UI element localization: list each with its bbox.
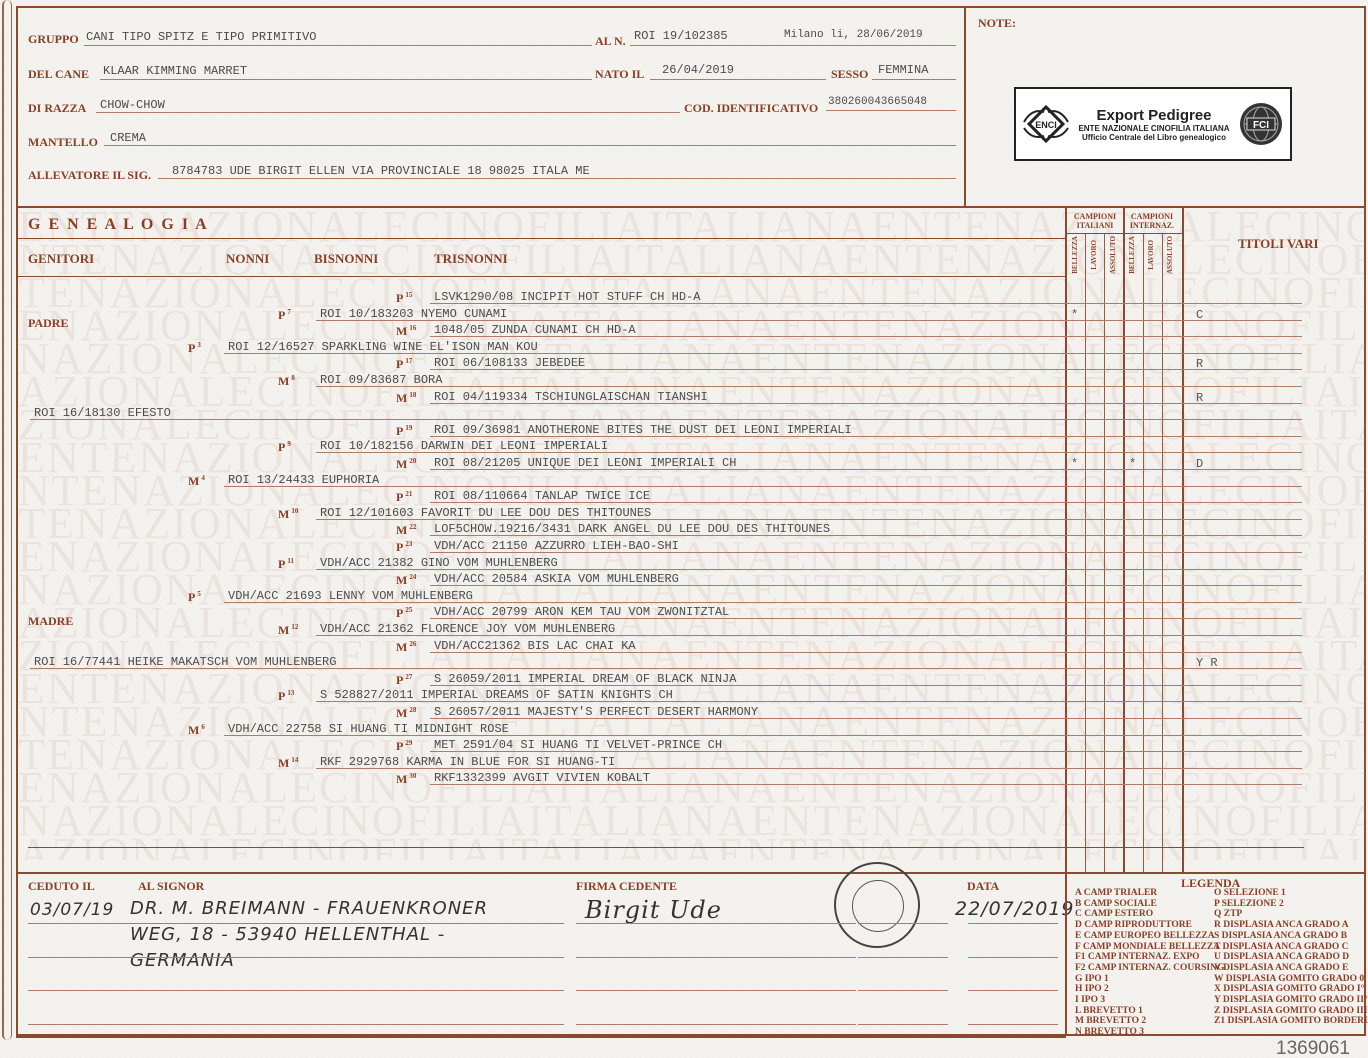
badge-line1: ENTE NAZIONALE CINOFILIA ITALIANA — [1078, 124, 1229, 133]
enci-logo-icon: ENCI — [1022, 100, 1070, 148]
underline — [28, 1024, 132, 1025]
legend-item: F2 CAMP INTERNAZ. COURSING — [1075, 963, 1224, 974]
row-line — [430, 369, 1302, 370]
underline — [28, 990, 132, 991]
ancestor-name: ROI 08/110664 TANLAP TWICE ICE — [434, 489, 650, 503]
parent-mark: M22 — [396, 523, 416, 538]
underline — [576, 990, 856, 991]
al-n-value: ROI 19/102385 — [634, 29, 728, 43]
int-assoluto-header: ASSOLUTO — [1166, 236, 1174, 274]
parent-mark: M8 — [278, 374, 295, 389]
ancestor-number: 11 — [287, 557, 294, 565]
underline — [576, 923, 856, 924]
ancestor-number: 26 — [409, 640, 416, 648]
header-divider — [964, 6, 966, 206]
underline — [28, 923, 132, 924]
ancestor-name: VDH/ACC21362 BIS LAC CHAI KA — [434, 639, 636, 653]
ancestor-name: 1048/05 ZUNDA CUNAMI CH HD-A — [434, 323, 636, 337]
row-line — [224, 735, 1302, 736]
underline — [650, 79, 826, 80]
divider — [16, 238, 1066, 239]
underline — [84, 45, 592, 46]
ancestor-name: ROI 09/83687 BORA — [320, 373, 442, 387]
parent-mark: M18 — [396, 391, 416, 406]
allevatore-label: ALLEVATORE IL SIG. — [28, 168, 151, 183]
row-line — [430, 585, 1302, 586]
grid-line — [1143, 234, 1144, 874]
row-line — [430, 403, 1302, 404]
new-owner-line1: DR. M. BREIMANN - FRAUENKRONER — [130, 898, 488, 919]
underline — [120, 957, 564, 958]
breeder-value: 8784783 UDE BIRGIT ELLEN VIA PROVINCIALE… — [172, 164, 590, 178]
grid-line — [1065, 208, 1067, 874]
row-line — [430, 436, 1302, 437]
titoli-vari-header: TITOLI VARI — [1238, 236, 1319, 252]
parent-mark: P5 — [188, 590, 201, 605]
legend-item: I IPO 3 — [1075, 995, 1224, 1006]
row-line — [430, 618, 1302, 619]
ancestor-number: 6 — [201, 723, 205, 731]
pedigree-document: ENTENAZIONALECINOFILIAITALIANAENTENAZION… — [0, 0, 1368, 1058]
ancestor-number: 17 — [405, 357, 412, 365]
madre-label: MADRE — [28, 614, 73, 629]
ancestor-number: 27 — [405, 673, 412, 681]
ancestor-name: VDH/ACC 21693 LENNY VOM MUHLENBERG — [228, 589, 473, 603]
dog-name-value: KLAAR KIMMING MARRET — [103, 64, 247, 78]
parent-mark: M24 — [396, 573, 416, 588]
note-label: NOTE: — [978, 16, 1016, 31]
it-bellezza-header: BELLEZZA — [1071, 236, 1079, 274]
ancestor-name: ROI 04/119334 TSCHIUNGLAISCHAN TIANSHI — [434, 390, 708, 404]
underline — [968, 923, 1058, 924]
parent-mark: P11 — [278, 557, 294, 572]
grid-line — [1085, 234, 1086, 874]
underline — [100, 79, 592, 80]
parent-mark: P29 — [396, 739, 412, 754]
ancestor-name: ROI 12/16527 SPARKLING WINE EL'ISON MAN … — [228, 340, 538, 354]
ancestor-name: VDH/ACC 20584 ASKIA VOM MUHLENBERG — [434, 572, 679, 586]
underline — [968, 1024, 1058, 1025]
titoli-value: R — [1196, 357, 1203, 371]
row-line — [430, 718, 1302, 719]
ancestor-number: 16 — [409, 324, 416, 332]
row-line — [316, 701, 1302, 702]
int-bellezza-header: BELLEZZA — [1128, 236, 1136, 274]
campioni-internaz-header: CAMPIONI INTERNAZ. — [1124, 212, 1180, 230]
mantello-label: MANTELLO — [28, 135, 98, 150]
row-line — [430, 652, 1302, 653]
col-bisnonni: BISNONNI — [314, 251, 378, 267]
parent-mark: P23 — [396, 540, 412, 555]
row-line — [430, 552, 1302, 553]
parent-mark: P21 — [396, 490, 412, 505]
del-cane-label: DEL CANE — [28, 67, 89, 82]
divider — [16, 872, 1366, 874]
padre-label: PADRE — [28, 316, 68, 331]
badge-title: Export Pedigree — [1078, 107, 1229, 124]
legend-item: R DISPLASIA ANCA GRADO A — [1214, 920, 1368, 931]
ancestor-number: 3 — [197, 341, 201, 349]
row-line — [316, 768, 1302, 769]
row-line — [316, 386, 1302, 387]
ceduto-label: CEDUTO IL — [28, 879, 95, 894]
legend-item: V DISPLASIA ANCA GRADO E — [1214, 963, 1368, 974]
titoli-value: C — [1196, 308, 1203, 322]
legend-item: A CAMP TRIALER — [1075, 888, 1224, 899]
ancestor-number: 8 — [291, 374, 295, 382]
parent-mark: P9 — [278, 440, 291, 455]
legend-item: N BREVETTO 3 — [1075, 1027, 1224, 1038]
row-line — [224, 353, 1302, 354]
ancestor-name: LOF5CHOW.19216/3431 DARK ANGEL DU LEE DO… — [434, 522, 830, 536]
transfer-registration-date: 22/07/2019 — [955, 898, 1075, 920]
grid-line — [1182, 208, 1184, 874]
ancestor-name: LSVK1290/08 INCIPIT HOT STUFF CH HD-A — [434, 290, 700, 304]
legend-item: B CAMP SOCIALE — [1075, 899, 1224, 910]
underline — [858, 1024, 948, 1025]
divider — [16, 1036, 1066, 1038]
decorative-border — [2, 0, 12, 1040]
grid-line — [1162, 234, 1163, 874]
ancestor-name: ROI 13/24433 EUPHORIA — [228, 473, 379, 487]
it-bellezza-mark: * — [1071, 457, 1078, 471]
underline — [96, 112, 680, 113]
legend-item: Z DISPLASIA GOMITO GRADO III° — [1214, 1006, 1368, 1017]
col-trisnonni: TRISNONNI — [434, 251, 508, 267]
underline — [576, 957, 856, 958]
place-date: Milano li, 28/06/2019 — [784, 29, 923, 41]
row-line — [430, 535, 1302, 536]
parent-mark: M14 — [278, 756, 298, 771]
underline — [120, 990, 564, 991]
parent-mark: P13 — [278, 689, 294, 704]
export-pedigree-stamp: ENCI Export Pedigree ENTE NAZIONALE CINO… — [1014, 87, 1292, 161]
underline — [158, 178, 956, 179]
parent-mark: M10 — [278, 507, 298, 522]
ancestor-number: 23 — [405, 540, 412, 548]
campioni-italiani-header: CAMPIONI ITALIANI — [1068, 212, 1122, 230]
ancestor-name: S 26057/2011 MAJESTY'S PERFECT DESERT HA… — [434, 705, 758, 719]
grid-line — [1065, 872, 1067, 1036]
row-line — [316, 452, 1302, 453]
legend-item: P SELEZIONE 2 — [1214, 899, 1368, 910]
new-owner-line3: GERMANIA — [130, 950, 235, 971]
row-line — [430, 751, 1302, 752]
legend-item: C CAMP ESTERO — [1075, 909, 1224, 920]
legend-item: O SELEZIONE 1 — [1214, 888, 1368, 899]
parent-mark: P7 — [278, 308, 291, 323]
underline — [104, 145, 956, 146]
legend-item: Q ZTP — [1214, 909, 1368, 920]
ancestor-name: VDH/ACC 21362 FLORENCE JOY VOM MUHLENBER… — [320, 622, 615, 636]
underline — [576, 1024, 856, 1025]
it-lavoro-header: LAVORO — [1090, 240, 1098, 270]
legend-item: T DISPLASIA ANCA GRADO C — [1214, 942, 1368, 953]
legend-item: H IPO 2 — [1075, 984, 1224, 995]
underline — [968, 957, 1058, 958]
ancestor-name: S 26059/2011 IMPERIAL DREAM OF BLACK NIN… — [434, 672, 736, 686]
underline — [858, 957, 948, 958]
int-bellezza-mark: * — [1129, 457, 1136, 471]
parent-mark: M30 — [396, 772, 416, 787]
ancestor-name: VDH/ACC 21150 AZZURRO LIEH-BAO-SHI — [434, 539, 679, 553]
legend-item: F CAMP MONDIALE BELLEZZA — [1075, 942, 1224, 953]
it-assoluto-header: ASSOLUTO — [1109, 236, 1117, 274]
firma-label: FIRMA CEDENTE — [576, 879, 677, 894]
fci-globe-icon: FCI — [1238, 101, 1284, 147]
ancestor-name: ROI 10/183203 NYEMO CUNAMI — [320, 307, 507, 321]
ancestor-number: 30 — [409, 772, 416, 780]
ancestor-number: 5 — [197, 590, 201, 598]
delegation-stamp — [834, 862, 920, 948]
microchip-value: 380260043665048 — [828, 96, 927, 108]
ancestor-number: 9 — [287, 440, 291, 448]
badge-line2: Ufficio Centrale del Libro genealogico — [1078, 133, 1229, 142]
sex-value: FEMMINA — [878, 63, 928, 77]
underline — [28, 957, 132, 958]
underline — [968, 990, 1058, 991]
legend-item: Z1 DISPLASIA GOMITO BORDERLINE — [1214, 1016, 1368, 1027]
parent-mark: M26 — [396, 640, 416, 655]
ancestor-number: 15 — [405, 291, 412, 299]
titoli-value: R — [1196, 391, 1203, 405]
ancestor-name: VDH/ACC 20799 ARON KEM TAU VOM ZWONITZTA… — [434, 605, 729, 619]
ancestor-number: 25 — [405, 606, 412, 614]
divider — [28, 847, 1304, 848]
divider — [16, 276, 1066, 277]
ancestor-name: VDH/ACC 21382 GINO VOM MUHLENBERG — [320, 556, 558, 570]
it-bellezza-mark: * — [1071, 308, 1078, 322]
row-line — [224, 486, 1302, 487]
nato-il-label: NATO IL — [595, 67, 644, 82]
ancestor-name: VDH/ACC 22758 SI HUANG TI MIDNIGHT ROSE — [228, 722, 509, 736]
row-line — [430, 303, 1302, 304]
underline — [120, 923, 564, 924]
ancestor-name: RKF1332399 AVGIT VIVIEN KOBALT — [434, 771, 650, 785]
ancestor-number: 10 — [291, 507, 298, 515]
sesso-label: SESSO — [831, 67, 868, 82]
legend-item: L BREVETTO 1 — [1075, 1006, 1224, 1017]
serial-number: 1369061 — [1276, 1038, 1350, 1058]
legenda-left: A CAMP TRIALERB CAMP SOCIALEC CAMP ESTER… — [1075, 888, 1224, 1038]
legend-item: F1 CAMP INTERNAZ. EXPO — [1075, 952, 1224, 963]
underline — [872, 79, 956, 80]
ancestor-name: S 528827/2011 IMPERIAL DREAMS OF SATIN K… — [320, 688, 673, 702]
ancestor-name: ROI 16/77441 HEIKE MAKATSCH VOM MUHLENBE… — [34, 655, 336, 669]
ancestor-name: MET 2591/04 SI HUANG TI VELVET-PRINCE CH — [434, 738, 722, 752]
divider — [16, 206, 1366, 208]
underline — [826, 110, 956, 111]
ancestor-name: RKF 2929768 KARMA IN BLUE FOR SI HUANG-T… — [320, 755, 615, 769]
parent-mark: M4 — [188, 474, 205, 489]
row-line — [430, 685, 1302, 686]
breed-value: CHOW-CHOW — [100, 98, 165, 112]
titoli-value: D — [1196, 457, 1203, 471]
gruppo-value: CANI TIPO SPITZ E TIPO PRIMITIVO — [86, 30, 316, 44]
gruppo-label: GRUPPO — [28, 32, 79, 47]
parent-mark: M12 — [278, 623, 298, 638]
underline — [120, 1024, 564, 1025]
parent-mark: P17 — [396, 357, 412, 372]
row-line — [316, 569, 1302, 570]
parent-mark: M28 — [396, 706, 416, 721]
row-line — [430, 784, 1302, 785]
grid-line — [1123, 208, 1125, 874]
coat-value: CREMA — [110, 131, 146, 145]
parent-mark: P27 — [396, 673, 412, 688]
titoli-value: Y R — [1196, 656, 1218, 670]
row-line — [430, 502, 1302, 503]
row-line — [224, 602, 1302, 603]
ancestor-number: 12 — [291, 623, 298, 631]
ancestor-name: ROI 10/182156 DARWIN DEI LEONI IMPERIALI — [320, 439, 608, 453]
ancestor-number: 18 — [409, 391, 416, 399]
ancestor-number: 7 — [287, 308, 291, 316]
row-line — [430, 336, 1302, 337]
legend-item: D CAMP RIPRODUTTORE — [1075, 920, 1224, 931]
ancestor-number: 13 — [287, 689, 294, 697]
underline — [858, 990, 948, 991]
col-genitori: GENITORI — [28, 251, 94, 267]
ancestor-name: ROI 06/108133 JEBEDEE — [434, 356, 585, 370]
row-line — [30, 668, 1302, 669]
parent-mark: P19 — [396, 424, 412, 439]
ancestor-number: 28 — [409, 706, 416, 714]
parent-mark: P25 — [396, 606, 412, 621]
transfer-date-value: 03/07/19 — [30, 900, 114, 920]
cod-label: COD. IDENTIFICATIVO — [684, 101, 818, 116]
seller-signature: Birgit Ude — [585, 896, 722, 924]
row-line — [430, 469, 1302, 470]
ancestor-name: ROI 08/21205 UNIQUE DEI LEONI IMPERIALI … — [434, 456, 736, 470]
razza-label: DI RAZZA — [28, 101, 86, 116]
ancestor-number: 24 — [409, 573, 416, 581]
genealogy-title: G E N E A L O G I A — [28, 216, 209, 234]
row-line — [316, 519, 1302, 520]
col-nonni: NONNI — [226, 251, 269, 267]
svg-text:FCI: FCI — [1253, 120, 1269, 131]
row-line — [316, 320, 1302, 321]
legend-item: Y DISPLASIA GOMITO GRADO II° — [1214, 995, 1368, 1006]
ancestor-number: 21 — [405, 490, 412, 498]
parent-mark: P15 — [396, 291, 412, 306]
ancestor-number: 22 — [409, 523, 416, 531]
legend-item: W DISPLASIA GOMITO GRADO 0 — [1214, 974, 1368, 985]
parent-mark: P3 — [188, 341, 201, 356]
birth-date-value: 26/04/2019 — [662, 63, 734, 77]
row-line — [316, 635, 1302, 636]
legend-item: E CAMP EUROPEO BELLEZZA — [1075, 931, 1224, 942]
int-lavoro-header: LAVORO — [1147, 240, 1155, 270]
parent-mark: M16 — [396, 324, 416, 339]
underline — [858, 923, 948, 924]
underline — [630, 45, 956, 46]
legend-item: U DISPLASIA ANCA GRADO D — [1214, 952, 1368, 963]
ancestor-name: ROI 09/36981 ANOTHERONE BITES THE DUST D… — [434, 423, 852, 437]
row-line — [30, 419, 1302, 420]
parent-mark: M20 — [396, 457, 416, 472]
parent-mark: M6 — [188, 723, 205, 738]
legenda-right: O SELEZIONE 1P SELEZIONE 2Q ZTPR DISPLAS… — [1214, 888, 1368, 1027]
new-owner-line2: WEG, 18 - 53940 HELLENTHAL - — [130, 924, 445, 945]
legend-item: G IPO 1 — [1075, 974, 1224, 985]
grid-line — [1104, 234, 1105, 874]
svg-text:ENCI: ENCI — [1035, 120, 1057, 130]
legend-item: X DISPLASIA GOMITO GRADO I° — [1214, 984, 1368, 995]
ancestor-number: 14 — [291, 756, 298, 764]
al-n-label: AL N. — [595, 34, 626, 49]
data-label: DATA — [967, 879, 999, 894]
ancestor-number: 20 — [409, 457, 416, 465]
al-signor-label: AL SIGNOR — [138, 879, 204, 894]
ancestor-number: 4 — [201, 474, 205, 482]
legend-item: M BREVETTO 2 — [1075, 1016, 1224, 1027]
ancestor-name: ROI 12/101603 FAVORIT DU LEE DOU DES THI… — [320, 506, 651, 520]
ancestor-number: 19 — [405, 424, 412, 432]
ancestor-number: 29 — [405, 739, 412, 747]
legend-item: S DISPLASIA ANCA GRADO B — [1214, 931, 1368, 942]
ancestor-name: ROI 16/18130 EFESTO — [34, 406, 171, 420]
